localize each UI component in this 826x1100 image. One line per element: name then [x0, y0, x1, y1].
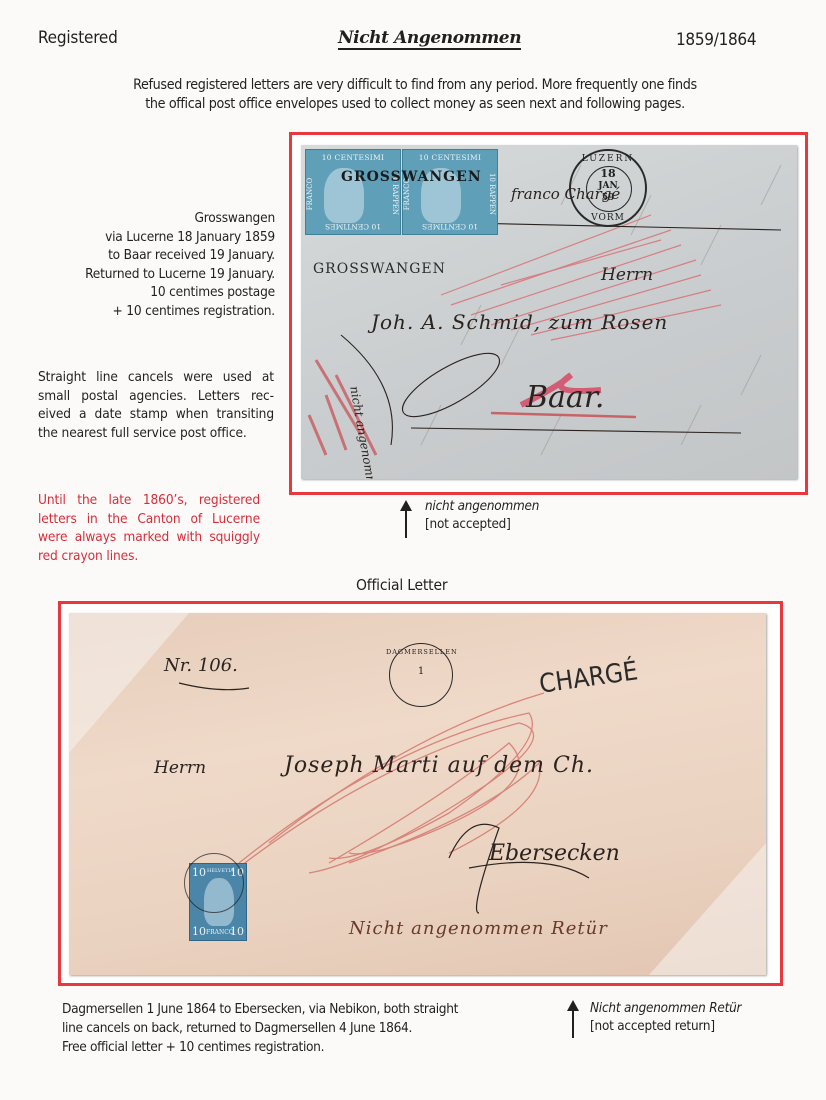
stamp-10c-right: 10 CENTESIMI FRANCO 10 RAPPEN 10 CENTIME… — [402, 149, 498, 235]
stamp-cancel-postmark — [184, 853, 244, 913]
destination-handwriting: Ebersecken — [489, 841, 620, 866]
postmark-time: VORM — [571, 213, 645, 223]
cover1-annotation-german: nicht angenommen — [425, 498, 539, 516]
cover1-envelope: 10 CENTESIMI FRANCO 10 RAPPEN 10 CENTIME… — [301, 145, 797, 479]
cover2-annotation-german: Nicht angenommen Retür — [590, 1000, 741, 1018]
dagmersellen-postmark: DAGMERSELLEN 1 — [389, 643, 453, 707]
cover1-description: Grosswangen via Lucerne 18 January 1859 … — [40, 209, 275, 321]
cover1-desc-line: Returned to Lucerne 19 January. — [40, 265, 275, 284]
cover1-annotation-english: [not accepted] — [425, 516, 511, 534]
addressee-title-handwriting: Herrn — [154, 758, 206, 778]
stamp-bottom-legend: 10 CENTIMES — [306, 222, 400, 231]
intro-line-2: the offical post office envelopes used t… — [60, 95, 770, 114]
cover2-description: Dagmersellen 1 June 1864 to Ebersecken, … — [62, 1000, 458, 1057]
straight-line-cancel: GROSSWANGEN — [313, 261, 446, 277]
arrow-up-icon — [405, 510, 407, 538]
intro-text: Refused registered letters are very diff… — [60, 76, 770, 114]
cover1-desc-line: 10 centimes postage — [40, 283, 275, 302]
addressee-title-handwriting: Herrn — [601, 265, 653, 285]
postmark-town: LUZERN — [571, 154, 645, 164]
postmark-town: DAGMERSELLEN — [386, 648, 456, 656]
header-category: Registered — [38, 28, 118, 48]
cover1-desc-line: + 10 centimes registration. — [40, 302, 275, 321]
addressee-handwriting: Joh. A. Schmid, zum Rosen — [371, 310, 668, 334]
postmark-day: 18 — [571, 168, 645, 180]
stamp-left-legend: FRANCO — [306, 178, 314, 210]
cover2-desc-line: Free official letter + 10 centimes regis… — [62, 1038, 458, 1057]
page-title: Nicht Angenommen — [338, 28, 521, 50]
stamp-value: 10 — [192, 925, 206, 938]
stamp-top-legend: 10 CENTESIMI — [306, 153, 400, 162]
arrow-up-icon — [572, 1010, 574, 1038]
cover2-desc-line: line cancels on back, returned to Dagmer… — [62, 1019, 458, 1038]
straight-line-cancel-on-stamps: GROSSWANGEN — [341, 169, 482, 185]
intro-line-1: Refused registered letters are very diff… — [60, 76, 770, 95]
cover1-desc-line: via Lucerne 18 January 1859 — [40, 228, 275, 247]
cover2-envelope: Nr. 106. DAGMERSELLEN 1 CHARGÉ Herrn Jos… — [69, 613, 766, 975]
franco-charge-handwriting: franco Chargé — [511, 185, 620, 203]
cover1-desc-line: Grosswangen — [40, 209, 275, 228]
refusal-handwriting: Nicht angenommen Retür — [349, 918, 608, 939]
cancel-note: Straight line cancels were used at small… — [38, 368, 274, 442]
stamp-value: 10 — [230, 925, 244, 938]
letter-number-handwriting: Nr. 106. — [164, 655, 238, 676]
stamp-right-legend: 10 RAPPEN — [488, 173, 496, 215]
red-crayon-note: Until the late 1860’s, registered letter… — [38, 491, 260, 565]
stamp-10c-left: 10 CENTESIMI FRANCO 10 RAPPEN 10 CENTIME… — [305, 149, 401, 235]
stamp-bottom-legend: 10 CENTIMES — [403, 222, 497, 231]
cover2-annotation-english: [not accepted return] — [590, 1018, 715, 1036]
postmark-date: 1 — [390, 666, 452, 677]
section-title: Official Letter — [356, 576, 447, 594]
stamp-top-legend: 10 CENTESIMI — [403, 153, 497, 162]
header-date-range: 1859/1864 — [676, 30, 756, 50]
cover1-desc-line: to Baar received 19 January. — [40, 246, 275, 265]
cover2-desc-line: Dagmersellen 1 June 1864 to Ebersecken, … — [62, 1000, 458, 1019]
destination-handwriting: Baar. — [526, 380, 604, 415]
addressee-handwriting: Joseph Marti auf dem Ch. — [284, 753, 594, 778]
